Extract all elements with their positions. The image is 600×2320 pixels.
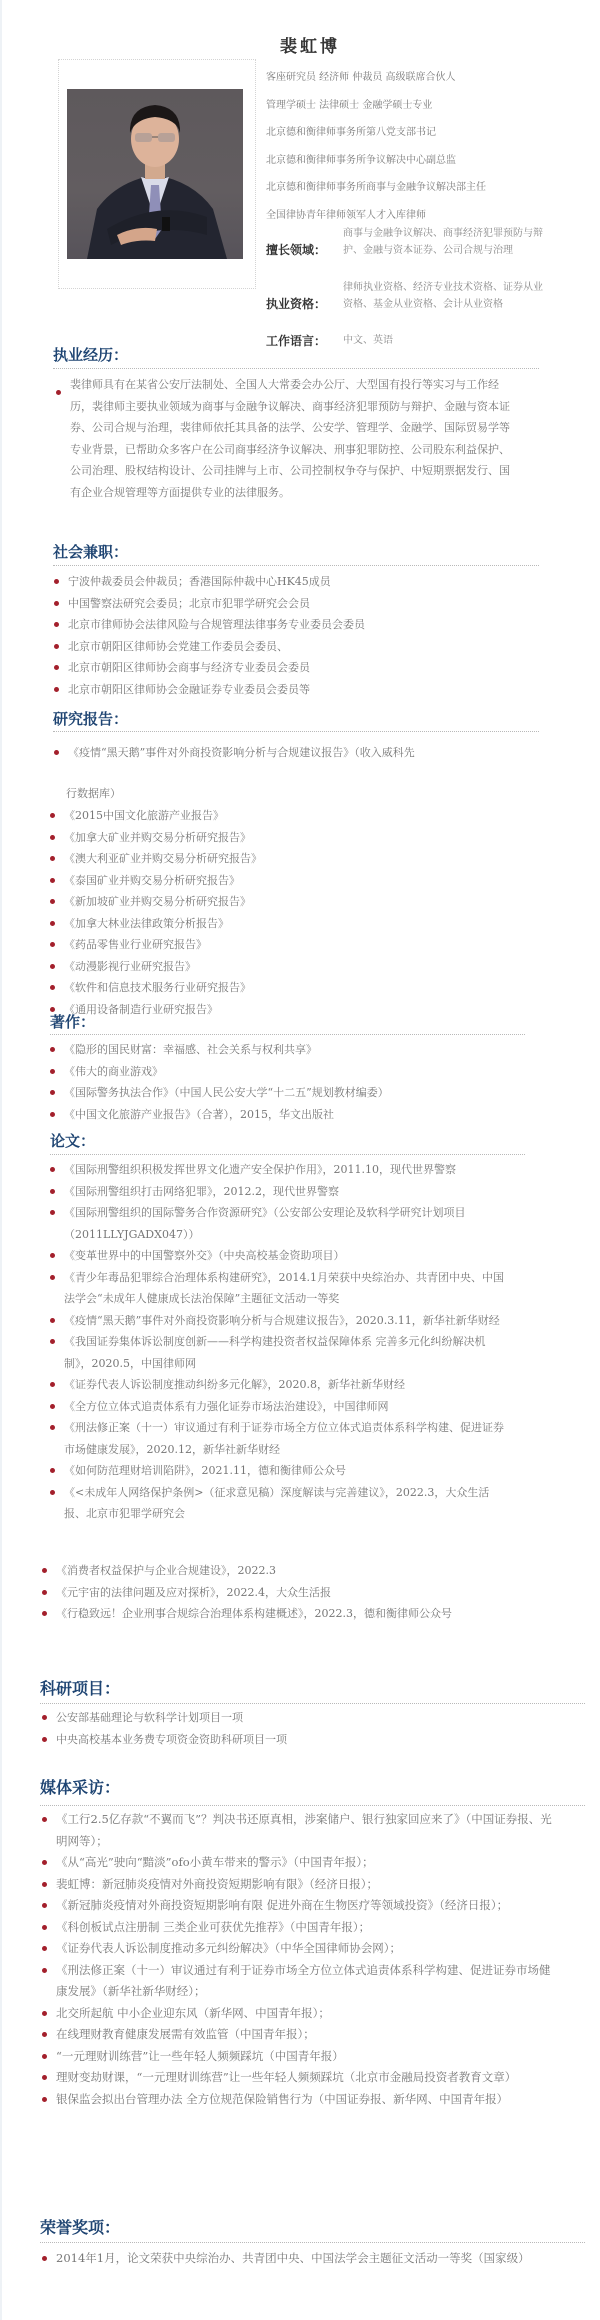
list-item: 北京市律师协会法律风险与合规管理法律事务专业委员会委员 [52, 614, 532, 636]
bullet-icon [50, 1318, 55, 1323]
portrait-photo [67, 89, 243, 259]
bullet-icon [42, 2097, 47, 2102]
list-item: 《从“高光”驶向“黯淡”ofo小黄车带来的警示》（中国青年报）； [40, 1852, 560, 1874]
list-item: 《中国文化旅游产业报告》（合著），2015，华文出版社 [48, 1104, 528, 1126]
title-list: 客座研究员 经济师 仲裁员 高级联席合伙人 管理学硕士 法律硕士 金融学硕士专业… [266, 64, 566, 229]
section-divider [53, 368, 539, 369]
bullet-icon [50, 1404, 55, 1409]
section-title-social: 社会兼职： [53, 541, 128, 562]
section-divider [50, 1034, 525, 1035]
bullet-icon [50, 921, 55, 926]
list-item: 《动漫影视行业研究报告》 [48, 956, 528, 978]
bullet-icon [50, 1047, 55, 1052]
section-divider [40, 2242, 585, 2243]
bullet-icon [50, 1189, 55, 1194]
section-title-honors: 荣誉奖项： [40, 2215, 120, 2238]
list-item: 《药品零售业行业研究报告》 [48, 934, 528, 956]
bullet-icon [50, 899, 55, 904]
bullet-icon [50, 942, 55, 947]
list-item: 银保监会拟出台管理办法 全方位规范保险销售行为（中国证券报、新华网、中国青年报） [40, 2089, 560, 2111]
lawyer-name: 裴虹博 [280, 32, 340, 57]
list-item: 《泰国矿业并购交易分析研究报告》 [48, 870, 528, 892]
bullet-icon [54, 579, 59, 584]
bullet-icon [50, 1090, 55, 1095]
media-list: 《工行2.5亿存款“不翼而飞”？判决书还原真相，涉案储户、银行独家回应来了》（中… [40, 1809, 560, 2110]
list-item: 《证券代表人诉讼制度推动多元纠纷解决》（中华全国律师协会网）； [40, 1938, 560, 1960]
list-item: 《变革世界中的中国警察外交》（中央高校基金资助项目） [48, 1245, 508, 1267]
list-item: 《软件和信息技术服务行业研究报告》 [48, 977, 528, 999]
bullet-icon [50, 985, 55, 990]
list-item: 《加拿大林业法律政策分析报告》 [48, 913, 528, 935]
bullet-icon [50, 1275, 55, 1280]
list-item: 《国际警务执法合作》（中国人民公安大学“十二五”规划教材编委） [48, 1082, 528, 1104]
bullet-icon [42, 1817, 47, 1822]
page-left-edge [0, 0, 2, 2320]
title-line: 北京德和衡律师事务所争议解决中心副总监 [266, 147, 566, 175]
bullet-icon [50, 1382, 55, 1387]
list-item: 《隐形的国民财富：幸福感、社会关系与权利共享》 [48, 1039, 528, 1061]
bullet-icon [42, 1568, 47, 1573]
list-item: 《<未成年人网络保护条例>（征求意见稿）深度解读与完善建议》，2022.3，大众… [48, 1482, 508, 1525]
bullet-icon [50, 1069, 55, 1074]
language-value: 中文、英语 [343, 332, 543, 349]
bullet-icon [50, 835, 55, 840]
bullet-icon [42, 2011, 47, 2016]
section-title-papers: 论文： [50, 1130, 95, 1151]
list-item: 《澳大利亚矿业并购交易分析研究报告》 [48, 848, 528, 870]
reports-list: 《2015中国文化旅游产业报告》 《加拿大矿业并购交易分析研究报告》 《澳大利亚… [48, 805, 528, 1020]
list-item: 北京市朝阳区律师协会商事与经济专业委员会委员 [52, 657, 532, 679]
bullet-icon [42, 1715, 47, 1720]
list-item: 《工行2.5亿存款“不翼而飞”？判决书还原真相，涉案储户、银行独家回应来了》（中… [40, 1809, 560, 1852]
bullet-icon [42, 1968, 47, 1973]
list-item: 《国际刑警组织的国际警务合作资源研究》（公安部公安理论及软科学研究计划项目（20… [48, 1202, 508, 1245]
list-item: 《全方位立体式追责体系有力强化证券市场法治建设》，中国律师网 [48, 1396, 508, 1418]
bullet-icon [42, 1946, 47, 1951]
list-item: 2014年1月，论文荣获中央综治办、共青团中央、中国法学会主题征文活动一等奖（国… [40, 2248, 560, 2270]
list-item: 《疫情“黑天鹅”事件对外商投资影响分析与合规建议报告》（收入威科先 [52, 742, 532, 764]
reports-first: 《疫情“黑天鹅”事件对外商投资影响分析与合规建议报告》（收入威科先 [52, 742, 532, 764]
bullet-icon [54, 601, 59, 606]
list-item: 《新冠肺炎疫情对外商投资短期影响有限 促进外商在生物医疗等领域投资》（经济日报）… [40, 1895, 560, 1917]
papers-extra-list: 《消费者权益保护与企业合规建设》，2022.3 《元宇宙的法律问题及应对探析》，… [40, 1560, 560, 1625]
list-item: 《元宇宙的法律问题及应对探析》，2022.4，大众生活报 [40, 1582, 560, 1604]
bullet-icon [50, 1339, 55, 1344]
honors-list: 2014年1月，论文荣获中央综治办、共青团中央、中国法学会主题征文活动一等奖（国… [40, 2248, 560, 2270]
list-item: 中央高校基本业务费专项资金资助科研项目一项 [40, 1729, 560, 1751]
section-title-experience: 执业经历： [53, 344, 128, 365]
qualification-label: 执业资格： [266, 295, 326, 312]
section-divider [53, 565, 539, 566]
list-item: 《如何防范理财培训陷阱》，2021.11，德和衡律师公众号 [48, 1460, 508, 1482]
bullet-icon [42, 1860, 47, 1865]
bullet-icon [42, 1882, 47, 1887]
list-item: 理财变劫财课，“一元理财训练营”让一些年轻人频频踩坑（北京市金融局投资者教育文章… [40, 2067, 560, 2089]
section-divider [53, 731, 539, 732]
experience-text: 裴律师具有在某省公安厅法制处、全国人大常委会办公厅、大型国有投行等实习与工作经历… [70, 374, 520, 503]
title-line: 北京德和衡律师事务所第八党支部书记 [266, 119, 566, 147]
section-divider [40, 1703, 585, 1704]
list-item: 《国际刑警组织打击网络犯罪》，2012.2，现代世界警察 [48, 1181, 508, 1203]
bullet-icon [42, 1737, 47, 1742]
bullet-icon [56, 390, 61, 395]
list-item: 《伟大的商业游戏》 [48, 1061, 528, 1083]
list-item: 《刑法修正案（十一）审议通过有利于证券市场全方位立体式追责体系科学构建、促进证券… [48, 1417, 508, 1460]
papers-list: 《国际刑警组织积极发挥世界文化遗产安全保护作用》，2011.10，现代世界警察 … [48, 1159, 508, 1525]
bullet-icon [42, 1590, 47, 1595]
list-item: “一元理财训练营”让一些年轻人频频踩坑（中国青年报） [40, 2046, 560, 2068]
list-item: 公安部基础理论与软科学计划项目一项 [40, 1707, 560, 1729]
section-divider [50, 1154, 525, 1155]
bullet-icon [50, 878, 55, 883]
section-title-projects: 科研项目： [40, 1676, 120, 1699]
bullet-icon [50, 813, 55, 818]
list-item: 《新加坡矿业并购交易分析研究报告》 [48, 891, 528, 913]
bullet-icon [42, 2075, 47, 2080]
section-title-reports: 研究报告： [53, 708, 128, 729]
bullet-icon [42, 2054, 47, 2059]
list-item: 北京市朝阳区律师协会党建工作委员会委员、 [52, 636, 532, 658]
list-item: 《行稳致远！企业刑事合规综合治理体系构建概述》，2022.3，德和衡律师公众号 [40, 1603, 560, 1625]
reports-first-cont: 行数据库） [66, 783, 121, 805]
language-label: 工作语言： [266, 332, 326, 349]
list-item: 裴虹博：新冠肺炎疫情对外商投资短期影响有限》（经济日报）； [40, 1874, 560, 1896]
bullet-icon [54, 665, 59, 670]
list-item: 中国警察法研究会委员；北京市犯罪学研究会会员 [52, 593, 532, 615]
books-list: 《隐形的国民财富：幸福感、社会关系与权利共享》 《伟大的商业游戏》 《国际警务执… [48, 1039, 528, 1125]
list-item: 宁波仲裁委员会仲裁员；香港国际仲裁中心HK45成员 [52, 571, 532, 593]
bullet-icon [54, 750, 59, 755]
list-item: 在线理财教育健康发展需有效监管（中国青年报）； [40, 2024, 560, 2046]
bullet-icon [50, 1425, 55, 1430]
bullet-icon [50, 1253, 55, 1258]
projects-list: 公安部基础理论与软科学计划项目一项 中央高校基本业务费专项资金资助科研项目一项 [40, 1707, 560, 1750]
bullet-icon [42, 1925, 47, 1930]
bullet-icon [42, 1611, 47, 1616]
list-item: 《科创板试点注册制 三类企业可获优先推荐》（中国青年报）； [40, 1917, 560, 1939]
bullet-icon [50, 1468, 55, 1473]
qualification-value: 律师执业资格、经济专业技术资格、证券从业资格、基金从业资格、会计从业资格 [343, 279, 543, 313]
bullet-icon [50, 856, 55, 861]
social-list: 宁波仲裁委员会仲裁员；香港国际仲裁中心HK45成员 中国警察法研究会委员；北京市… [52, 571, 532, 700]
bullet-icon [50, 1490, 55, 1495]
bullet-icon [50, 964, 55, 969]
bullet-icon [42, 2256, 47, 2261]
bullet-icon [42, 1903, 47, 1908]
section-title-books: 著作： [50, 1011, 95, 1032]
list-item: 《刑法修正案（十一）审议通过有利于证券市场全方位立体式追责体系科学构建、促进证券… [40, 1960, 560, 2003]
list-item: 北交所起航 中小企业迎东风（新华网、中国青年报）； [40, 2003, 560, 2025]
title-line: 北京德和衡律师事务所商事与金融争议解决部主任 [266, 174, 566, 202]
bullet-icon [54, 687, 59, 692]
list-item: 《国际刑警组织积极发挥世界文化遗产安全保护作用》，2011.10，现代世界警察 [48, 1159, 508, 1181]
list-item: 《证券代表人诉讼制度推动纠纷多元化解》，2020.8，新华社新华财经 [48, 1374, 508, 1396]
bullet-icon [42, 2032, 47, 2037]
list-item: 《通用设备制造行业研究报告》 [48, 999, 528, 1021]
section-divider [40, 1805, 585, 1806]
list-item: 《青少年毒品犯罪综合治理体系构建研究》，2014.1月荣获中央综治办、共青团中央… [48, 1267, 508, 1310]
list-item: 《疫情“黑天鹅”事件对外商投资影响分析与合规建议报告》，2020.3.11，新华… [48, 1310, 508, 1332]
list-item: 《加拿大矿业并购交易分析研究报告》 [48, 827, 528, 849]
bullet-icon [54, 644, 59, 649]
title-line: 客座研究员 经济师 仲裁员 高级联席合伙人 [266, 64, 566, 92]
expertise-label: 擅长领域： [266, 241, 326, 258]
list-item: 北京市朝阳区律师协会金融证券专业委员会委员等 [52, 679, 532, 701]
bullet-icon [50, 1210, 55, 1215]
expertise-value: 商事与金融争议解决、商事经济犯罪预防与辩护、金融与资本证券、公司合规与治理 [343, 225, 543, 259]
section-title-media: 媒体采访： [40, 1775, 120, 1798]
bullet-icon [50, 1112, 55, 1117]
list-item: 《我国证券集体诉讼制度创新——科学构建投资者权益保障体系 完善多元化纠纷解决机制… [48, 1331, 508, 1374]
list-item: 《消费者权益保护与企业合规建设》，2022.3 [40, 1560, 560, 1582]
bullet-icon [54, 622, 59, 627]
bullet-icon [50, 1167, 55, 1172]
list-item: 《2015中国文化旅游产业报告》 [48, 805, 528, 827]
title-line: 管理学硕士 法律硕士 金融学硕士专业 [266, 92, 566, 120]
